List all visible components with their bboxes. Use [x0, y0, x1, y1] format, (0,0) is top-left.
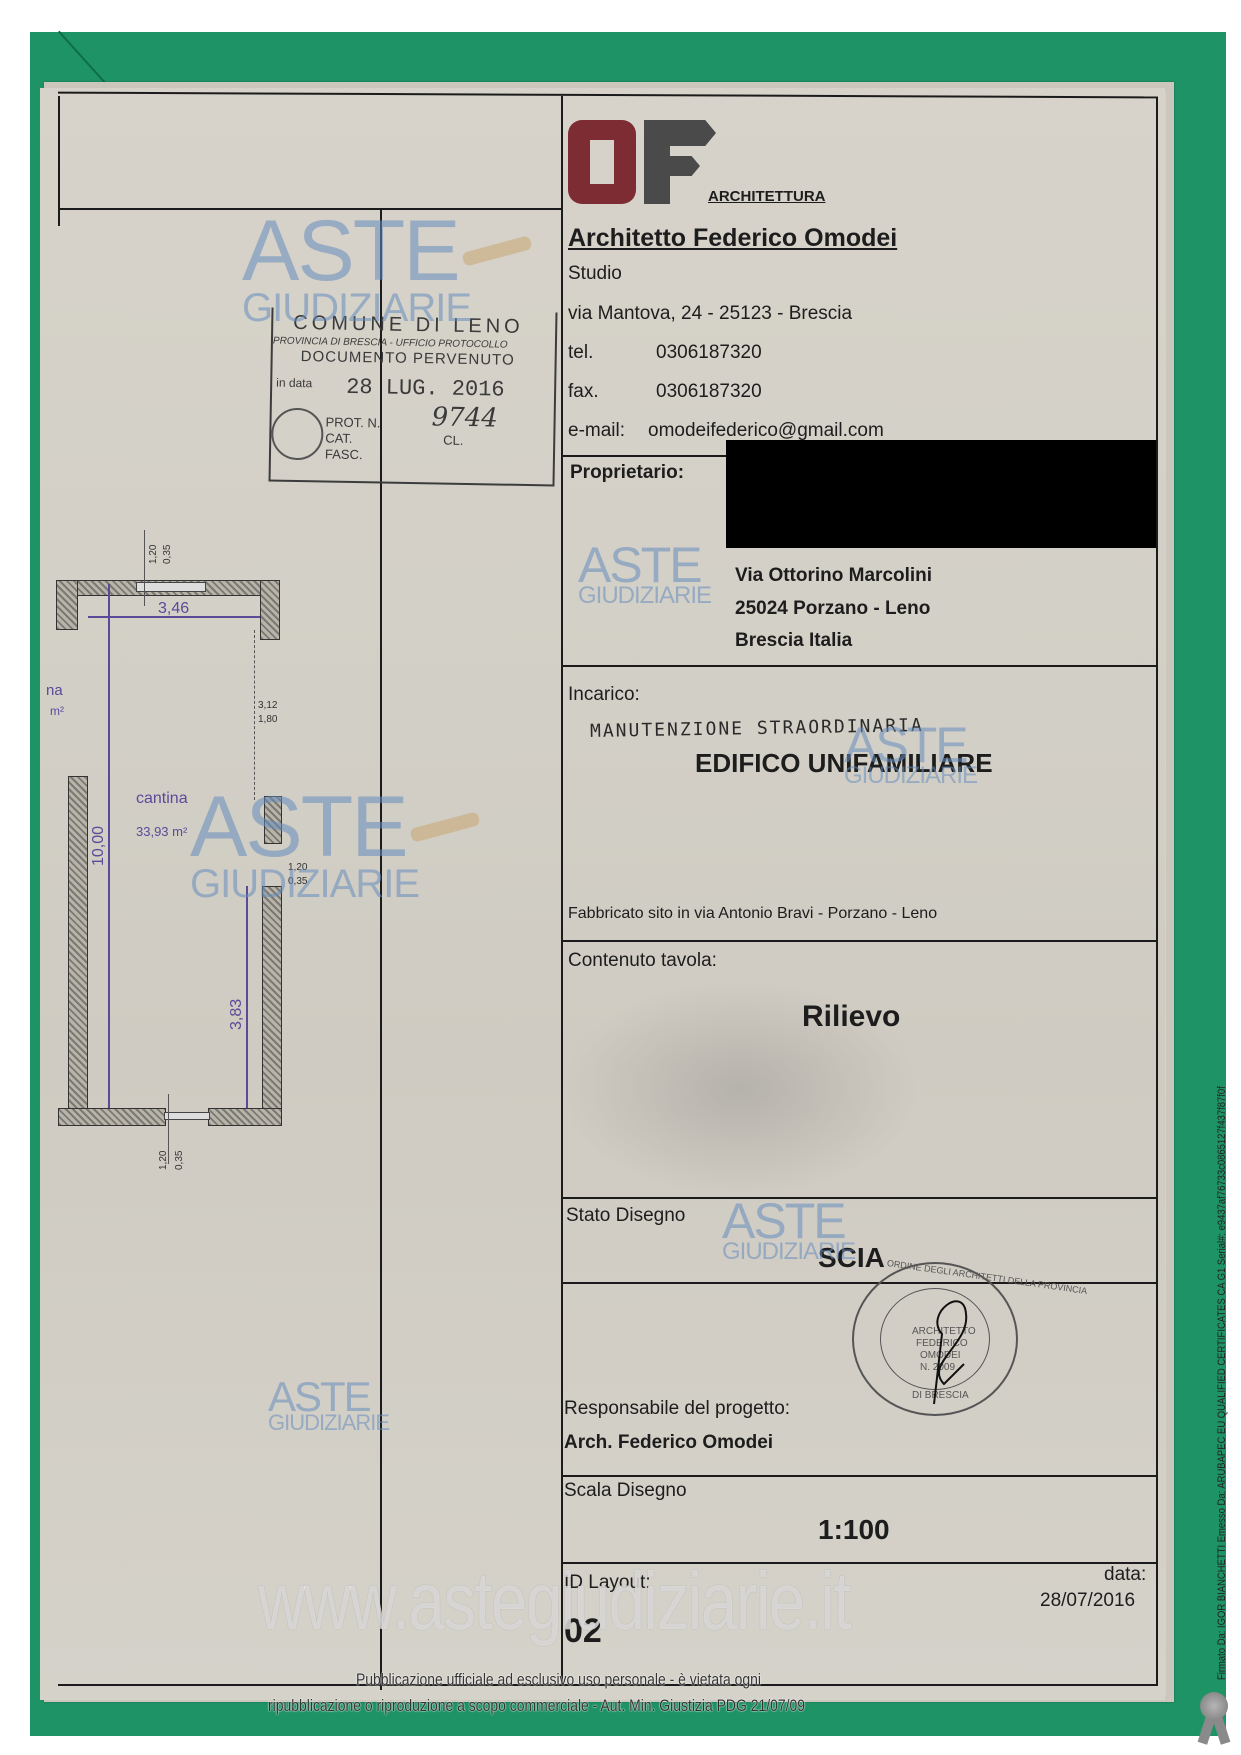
certificate-ribbon-icon[interactable] — [1196, 1692, 1232, 1750]
watermark-aste-3: ASTEGIUDIZIARIE — [578, 540, 711, 608]
dim-top-width: 3,46 — [158, 600, 189, 618]
dim-top-window-w: 0,35 — [162, 545, 173, 564]
divider-assignment — [561, 665, 1158, 667]
dim-line-right-lower — [246, 886, 248, 1108]
dim-line-height — [108, 584, 110, 1108]
watermark-aste-5: ASTEGIUDIZIARIE — [722, 1196, 855, 1264]
stamp-prot-number: 9744 — [431, 402, 498, 433]
tel-label: tel. — [568, 342, 593, 364]
footer-disclaimer-line1: Pubblicazione ufficiale ad esclusivo uso… — [356, 1670, 761, 1690]
footer-disclaimer-line2: ripubblicazione o riproduzione a scopo c… — [268, 1696, 805, 1716]
assignment-label: Incarico: — [568, 684, 640, 706]
dim-door-lower: 1,80 — [258, 714, 277, 725]
stamp-cat-label: CAT. — [325, 430, 352, 445]
partial-room-area: m² — [50, 704, 64, 718]
divider-scale — [561, 1475, 1158, 1477]
fax-label: fax. — [568, 381, 599, 403]
dim-bottom-window-w: 0,35 — [174, 1151, 185, 1170]
stamp-date-label: in data — [276, 376, 312, 391]
email-address[interactable]: omodeifederico@gmail.com — [648, 420, 884, 442]
stamp-cl-label: CL. — [443, 433, 463, 448]
owner-address-line1: Via Ottorino Marcolini — [735, 565, 932, 587]
wall-top-left-corner — [56, 580, 78, 630]
divider-status — [561, 1197, 1158, 1199]
content-label: Contenuto tavola: — [568, 950, 717, 972]
dim-door-upper: 3,12 — [258, 700, 277, 711]
assignment-location: Fabbricato sito in via Antonio Bravi - P… — [568, 905, 937, 923]
wall-right-lower — [262, 886, 282, 1124]
logo-subtitle: ARCHITETTURA — [708, 188, 826, 205]
scale-value: 1:100 — [818, 1514, 890, 1546]
watermark-site-url: www.astegiudiziarie.it — [258, 1555, 850, 1649]
date-value: 28/07/2016 — [1040, 1590, 1135, 1612]
owner-name-redacted — [726, 440, 1156, 548]
of-architettura-logo — [568, 120, 718, 206]
logo-letter-f — [644, 120, 718, 204]
responsible-label: Responsabile del progetto: — [564, 1398, 790, 1420]
wall-bottom-left — [58, 1108, 166, 1126]
watermark-aste-1: ASTEGIUDIZIARIE — [242, 208, 471, 328]
responsible-name: Arch. Federico Omodei — [564, 1432, 773, 1454]
digital-signature-strip: Firmato Da: IGOR BIANCHETTI Emesso Da: A… — [1216, 1086, 1228, 1680]
stamp-date: 28 LUG. 2016 — [346, 375, 505, 403]
owner-address-line3: Brescia Italia — [735, 630, 852, 652]
partial-room-name: na — [46, 682, 63, 699]
studio-name: Architetto Federico Omodei — [568, 224, 897, 253]
window-top — [136, 582, 206, 592]
dim-bottom-window-h: 1,20 — [158, 1151, 169, 1170]
signature-scribble — [904, 1274, 984, 1414]
wall-left — [68, 776, 88, 1124]
stamp-prot-label: PROT. N. — [325, 414, 380, 430]
owner-address-line2: 25024 Porzano - Leno — [735, 598, 930, 620]
watermark-aste-2: ASTEGIUDIZIARIE — [190, 784, 419, 904]
watermark-aste-4: ASTEGIUDIZIARIE — [844, 720, 977, 788]
date-label: data: — [1104, 1564, 1146, 1586]
dim-right-lower: 3,83 — [228, 999, 246, 1030]
owner-label: Proprietario: — [570, 462, 684, 484]
fax-number: 0306187320 — [656, 381, 762, 403]
stamp-received: DOCUMENTO PERVENUTO — [301, 348, 515, 369]
window-bottom — [164, 1112, 210, 1120]
logo-letter-o — [568, 120, 636, 204]
door-opening — [254, 630, 256, 800]
architect-seal: ORDINE DEGLI ARCHITETTI DELLA PROVINCIA … — [852, 1262, 1018, 1416]
stamp-fasc-label: FASC. — [325, 446, 363, 462]
tel-number: 0306187320 — [656, 342, 762, 364]
room-area: 33,93 m² — [136, 824, 187, 839]
protocol-stamp: COMUNE DI LENO PROVINCIA DI BRESCIA - UF… — [269, 308, 558, 487]
municipal-round-stamp — [271, 408, 324, 461]
divider-content — [561, 940, 1158, 942]
frame-left-top — [58, 96, 60, 226]
studio-label: Studio — [568, 263, 622, 285]
studio-address: via Mantova, 24 - 25123 - Brescia — [568, 303, 852, 325]
dim-total-height: 10,00 — [90, 826, 108, 866]
frame-right — [1156, 98, 1158, 1686]
email-label: e-mail: — [568, 420, 625, 442]
dim-top-window-h: 1,20 — [148, 545, 159, 564]
content-value: Rilievo — [802, 1000, 900, 1034]
wall-bottom-right — [208, 1108, 282, 1126]
wall-top-right-corner — [260, 580, 280, 640]
status-label: Stato Disegno — [566, 1205, 685, 1227]
title-block-left-border — [561, 96, 563, 1686]
room-name: cantina — [136, 790, 188, 808]
watermark-aste-6: ASTEGIUDIZIARIE — [268, 1376, 389, 1434]
dim-tick-top — [144, 530, 145, 606]
scale-label: Scala Disegno — [564, 1480, 687, 1502]
